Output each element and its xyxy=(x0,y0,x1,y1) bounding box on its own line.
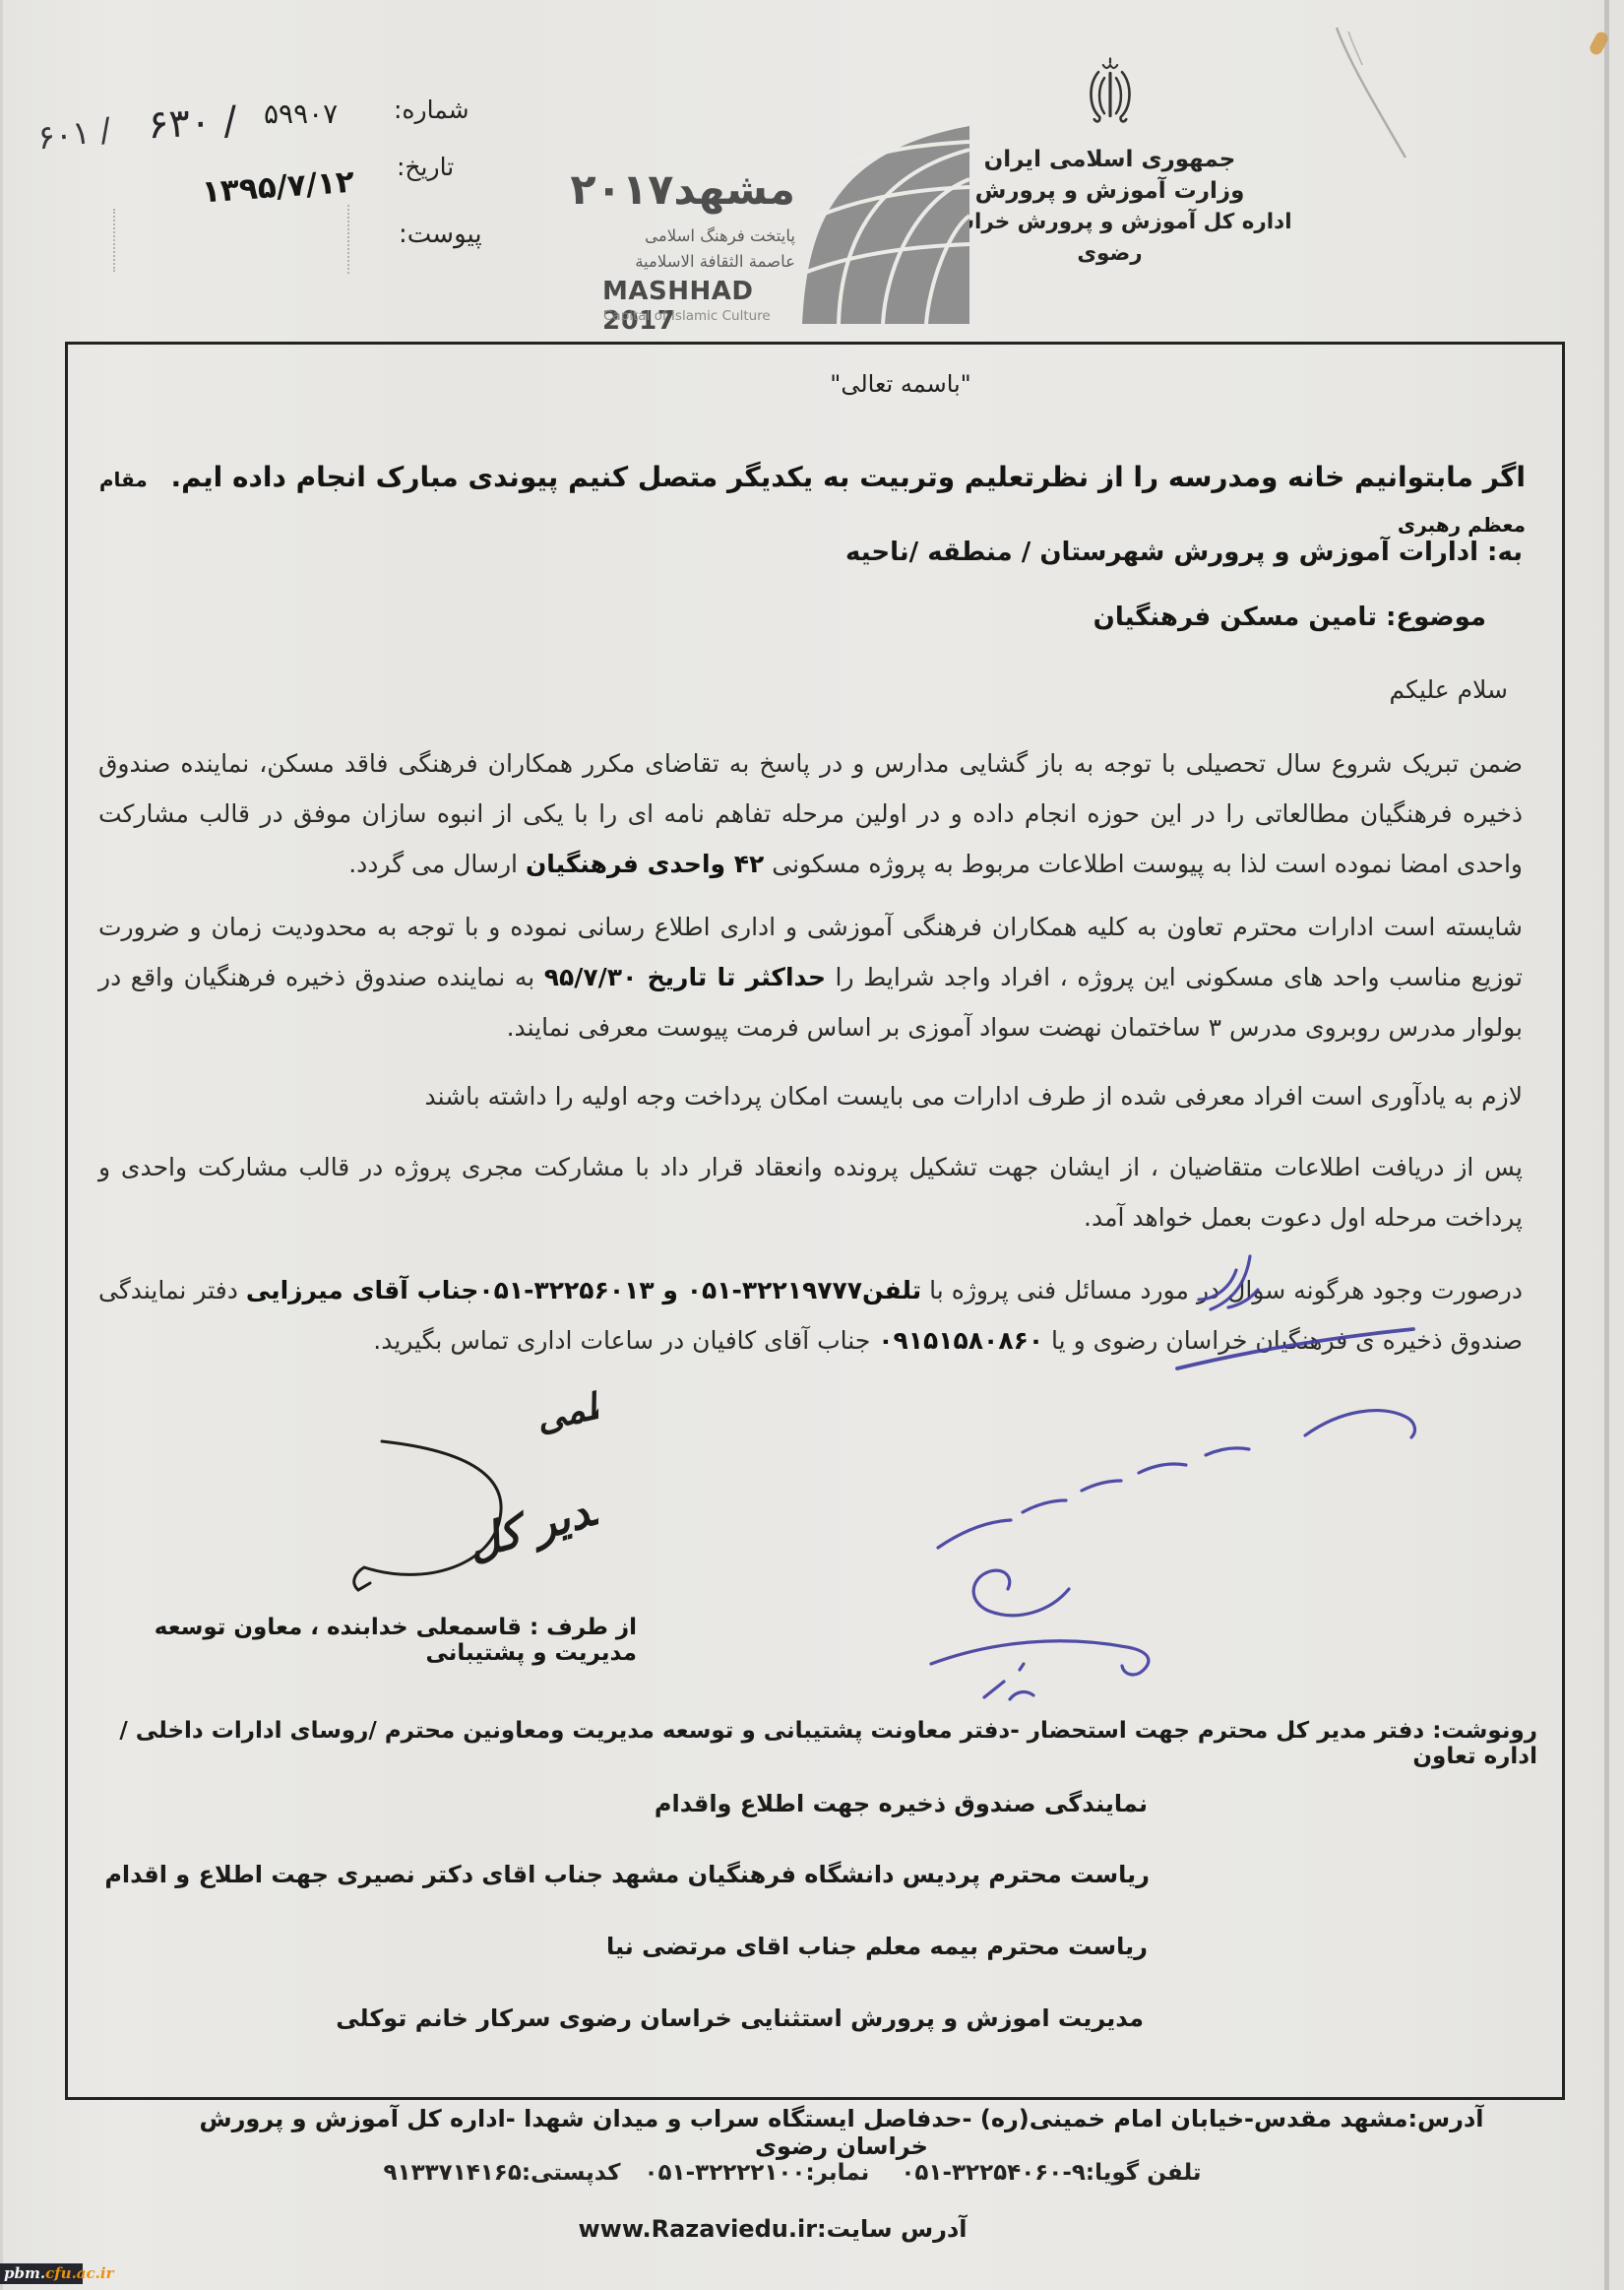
cc-header: رونوشت: دفتر مدیر کل محترم جهت استحضار -… xyxy=(98,1718,1537,1769)
project-units-highlight: ۴۲ واحدی فرهنگیان xyxy=(526,850,764,878)
motto-line: اگر مابتوانیم خانه ومدرسه را از نظرتعلیم… xyxy=(98,456,1526,546)
signature-stamp: علیرضا کاظمی مدیر کل xyxy=(87,1370,598,1607)
watermark-prefix: pbm. xyxy=(4,2264,45,2282)
mashhad-2017-logo: مشهد۲۰۱۷ پایتخت فرهنگ اسلامی عاصمة الثقا… xyxy=(602,110,976,332)
site-watermark: pbm.cfu.ac.ir xyxy=(0,2263,83,2284)
handwritten-approval-note xyxy=(844,1242,1479,1720)
logo-title-en: MASHHAD 2017 xyxy=(602,277,804,336)
iran-emblem-icon xyxy=(1075,54,1146,135)
date-label: تاریخ: xyxy=(397,153,454,181)
date-value: ۱۳۹۵/۷/۱۲ xyxy=(201,164,355,211)
contact-phones-highlight: تلفن۳۲۲۱۹۷۷۷-۰۵۱ و ۳۲۲۵۶۰۱۳-۰۵۱جناب آقای… xyxy=(246,1276,921,1304)
paragraph-1-end: ارسال می گردد. xyxy=(348,850,526,878)
motto-text: اگر مابتوانیم خانه ومدرسه را از نظرتعلیم… xyxy=(171,461,1526,493)
org-ministry: وزارت آموزش و پرورش xyxy=(920,175,1299,207)
footer-phones: تلفن گویا:۹-۳۲۲۵۴۰۶۰-۰۵۱ نمابر:۳۲۲۲۲۱۰۰-… xyxy=(103,2160,1481,2186)
scan-dotted-artifact xyxy=(113,209,115,272)
number-label: شماره: xyxy=(394,95,469,124)
footer-address: آدرس:مشهد مقدس-خیابان امام خمینی(ره) -حد… xyxy=(153,2105,1530,2160)
scan-edge-shadow-left xyxy=(0,0,3,2290)
dome-globe-icon xyxy=(801,122,970,324)
org-department: اداره کل آموزش و پرورش خراسان رضوی xyxy=(920,207,1299,270)
handwritten-ref-number: ۶۳۰ / xyxy=(147,98,238,149)
deadline-highlight: حداکثر تا تاریخ ۹۵/۷/۳۰ xyxy=(544,963,826,991)
watermark-domain: cfu.ac.ir xyxy=(45,2264,113,2282)
number-value: ۵۹۹۰۷ xyxy=(264,97,338,130)
cc-item-4: مدیریت اموزش و پرورش استثنایی خراسان رضو… xyxy=(98,2004,1144,2032)
subject-line: موضوع: تامین مسکن فرهنگیان xyxy=(98,603,1486,632)
salutation: سلام علیکم xyxy=(98,675,1508,704)
paragraph-2: شایسته است ادارات محترم تعاون به کلیه هم… xyxy=(98,902,1523,1052)
scanned-letter-page: شماره: ۵۹۹۰۷ ۶۳۰ / ۶۰۱ / تاریخ: ۱۳۹۵/۷/۱… xyxy=(0,0,1624,2290)
recipient-line: به: ادارات آموزش و پرورش شهرستان / منطقه… xyxy=(98,538,1523,567)
footer-website: آدرس سایت:www.Razaviedu.ir xyxy=(84,2215,1462,2243)
besmele: "باسمه تعالی" xyxy=(753,370,1048,398)
paragraph-1: ضمن تبریک شروع سال تحصیلی با توجه به باز… xyxy=(98,738,1523,889)
scratch-mark xyxy=(1319,22,1427,164)
logo-subtitle-ar: عاصمة الثقافة الاسلامية xyxy=(602,252,795,271)
attachment-label: پیوست: xyxy=(399,220,482,249)
logo-subtitle-en: Capital of Islamic Culture xyxy=(603,308,805,324)
paragraph-4: پس از دریافت اطلاعات متقاضیان ، از ایشان… xyxy=(98,1142,1523,1242)
handwritten-ref-number-2: ۶۰۱ / xyxy=(35,110,113,158)
cc-item-2: ریاست محترم پردیس دانشگاه فرهنگیان مشهد … xyxy=(98,1861,1150,1888)
org-country: جمهوری اسلامی ایران xyxy=(920,144,1299,175)
paragraph-3: لازم به یادآوری است افراد معرفی شده از ط… xyxy=(98,1071,1523,1121)
signer-title: مدیر کل xyxy=(462,1480,598,1570)
logo-title-fa: مشهد۲۰۱۷ xyxy=(602,165,795,215)
cc-item-3: ریاست محترم بیمه معلم جناب اقای مرتضی نی… xyxy=(98,1933,1148,1960)
org-header: جمهوری اسلامی ایران وزارت آموزش و پرورش … xyxy=(920,144,1299,270)
scan-edge-shadow xyxy=(1604,0,1609,2290)
scan-dotted-artifact-2 xyxy=(347,205,349,274)
cc-item-1: نمایندگی صندوق ذخیره جهت اطلاع واقدام xyxy=(98,1790,1148,1817)
signer-name: علیرضا کاظمی xyxy=(532,1370,598,1441)
logo-subtitle-fa: پایتخت فرهنگ اسلامی xyxy=(602,226,795,245)
paragraph-5-end: جناب آقای کافیان در ساعات اداری تماس بگی… xyxy=(373,1326,878,1355)
on-behalf-line: از طرف : قاسمعلی خدابنده ، معاون توسعه م… xyxy=(94,1615,637,1666)
paragraph-1-text: ضمن تبریک شروع سال تحصیلی با توجه به باز… xyxy=(98,749,1523,878)
